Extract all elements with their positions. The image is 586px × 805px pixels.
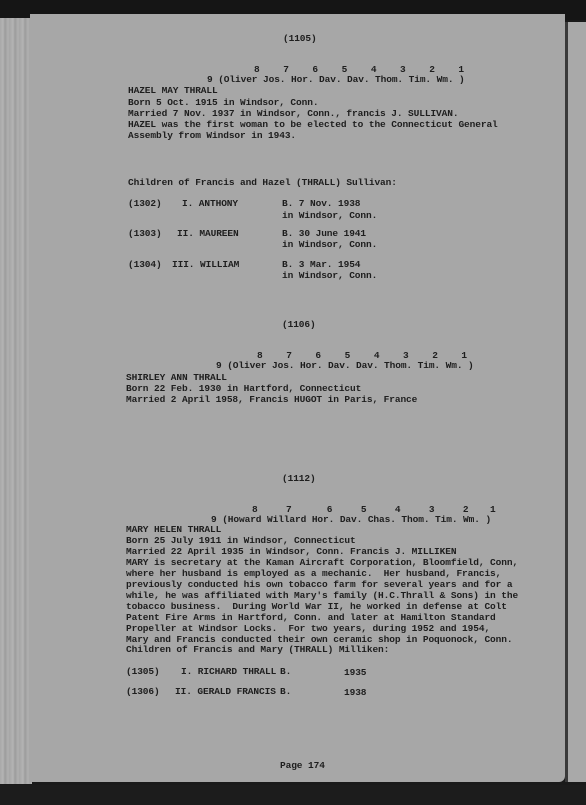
entry-line: tobacco business. During World War II, h…: [126, 601, 507, 613]
child-name: II. GERALD FRANCIS: [175, 686, 276, 698]
child-birth-year: 1935: [344, 667, 366, 679]
entry-line: Born 25 July 1911 in Windsor, Connecticu…: [126, 535, 356, 547]
entry-line: Propeller at Windsor Locks. For two year…: [126, 623, 490, 635]
child-birthplace: in Windsor, Conn.: [282, 239, 377, 251]
child-birthplace: in Windsor, Conn.: [282, 210, 377, 222]
entry-line: Assembly from Windsor in 1943.: [128, 130, 296, 142]
child-id: (1303): [128, 228, 162, 240]
entry-line: HAZEL was the first woman to be elected …: [128, 119, 498, 131]
child-id: (1304): [128, 259, 162, 271]
entry-line: while, he was affiliated with Mary's fam…: [126, 590, 518, 602]
child-birthplace: in Windsor, Conn.: [282, 270, 377, 282]
entry-line: Married 7 Nov. 1937 in Windsor, Conn., f…: [128, 108, 458, 120]
entry-line: where her husband is employed as a mecha…: [126, 568, 501, 580]
scan-background-bottom: [0, 785, 586, 805]
entry-number: (1112): [282, 473, 316, 485]
child-name: I. RICHARD THRALL: [181, 666, 276, 678]
person-name: HAZEL MAY THRALL: [128, 85, 218, 97]
child-id: (1306): [126, 686, 160, 698]
child-birth: B. 3 Mar. 1954: [282, 259, 360, 271]
book-page-edges: [0, 18, 32, 784]
entry-number: (1106): [282, 319, 316, 331]
entry-line: MARY is secretary at the Kaman Aircraft …: [126, 557, 518, 569]
entry-line: Patent Fire Arms in Hartford, Conn. and …: [126, 612, 496, 624]
child-birth: B. 7 Nov. 1938: [282, 198, 360, 210]
child-name: II. MAUREEN: [177, 228, 239, 240]
person-name: SHIRLEY ANN THRALL: [126, 372, 227, 384]
entry-line: Born 22 Feb. 1930 in Hartford, Connectic…: [126, 383, 361, 395]
entry-line: previously conducted his own tobacco far…: [126, 579, 512, 591]
children-heading: Children of Francis and Mary (THRALL) Mi…: [126, 644, 389, 656]
child-birth: B. 30 June 1941: [282, 228, 366, 240]
child-name: I. ANTHONY: [182, 198, 238, 210]
lineage: 9 (Oliver Jos. Hor. Dav. Dav. Thom. Tim.…: [207, 74, 465, 86]
child-birth: B.: [280, 686, 291, 698]
person-name: MARY HELEN THRALL: [126, 524, 221, 536]
entry-number: (1105): [283, 33, 317, 45]
lineage: 9 (Howard Willard Hor. Dav. Chas. Thom. …: [211, 514, 491, 526]
child-id: (1302): [128, 198, 162, 210]
child-id: (1305): [126, 666, 160, 678]
children-heading: Children of Francis and Hazel (THRALL) S…: [128, 177, 397, 189]
child-birth: B.: [280, 666, 291, 678]
entry-line: Married 2 April 1958, Francis HUGOT in P…: [126, 394, 417, 406]
lineage: 9 (Oliver Jos. Hor. Dav. Dav. Thom. Tim.…: [216, 360, 474, 372]
page-number: Page 174: [280, 760, 325, 772]
facing-page-edge: [568, 22, 586, 782]
child-name: III. WILLIAM: [172, 259, 239, 271]
child-birth-year: 1938: [344, 687, 366, 699]
entry-line: Married 22 April 1935 in Windsor, Conn. …: [126, 546, 456, 558]
entry-line: Born 5 Oct. 1915 in Windsor, Conn.: [128, 97, 318, 109]
